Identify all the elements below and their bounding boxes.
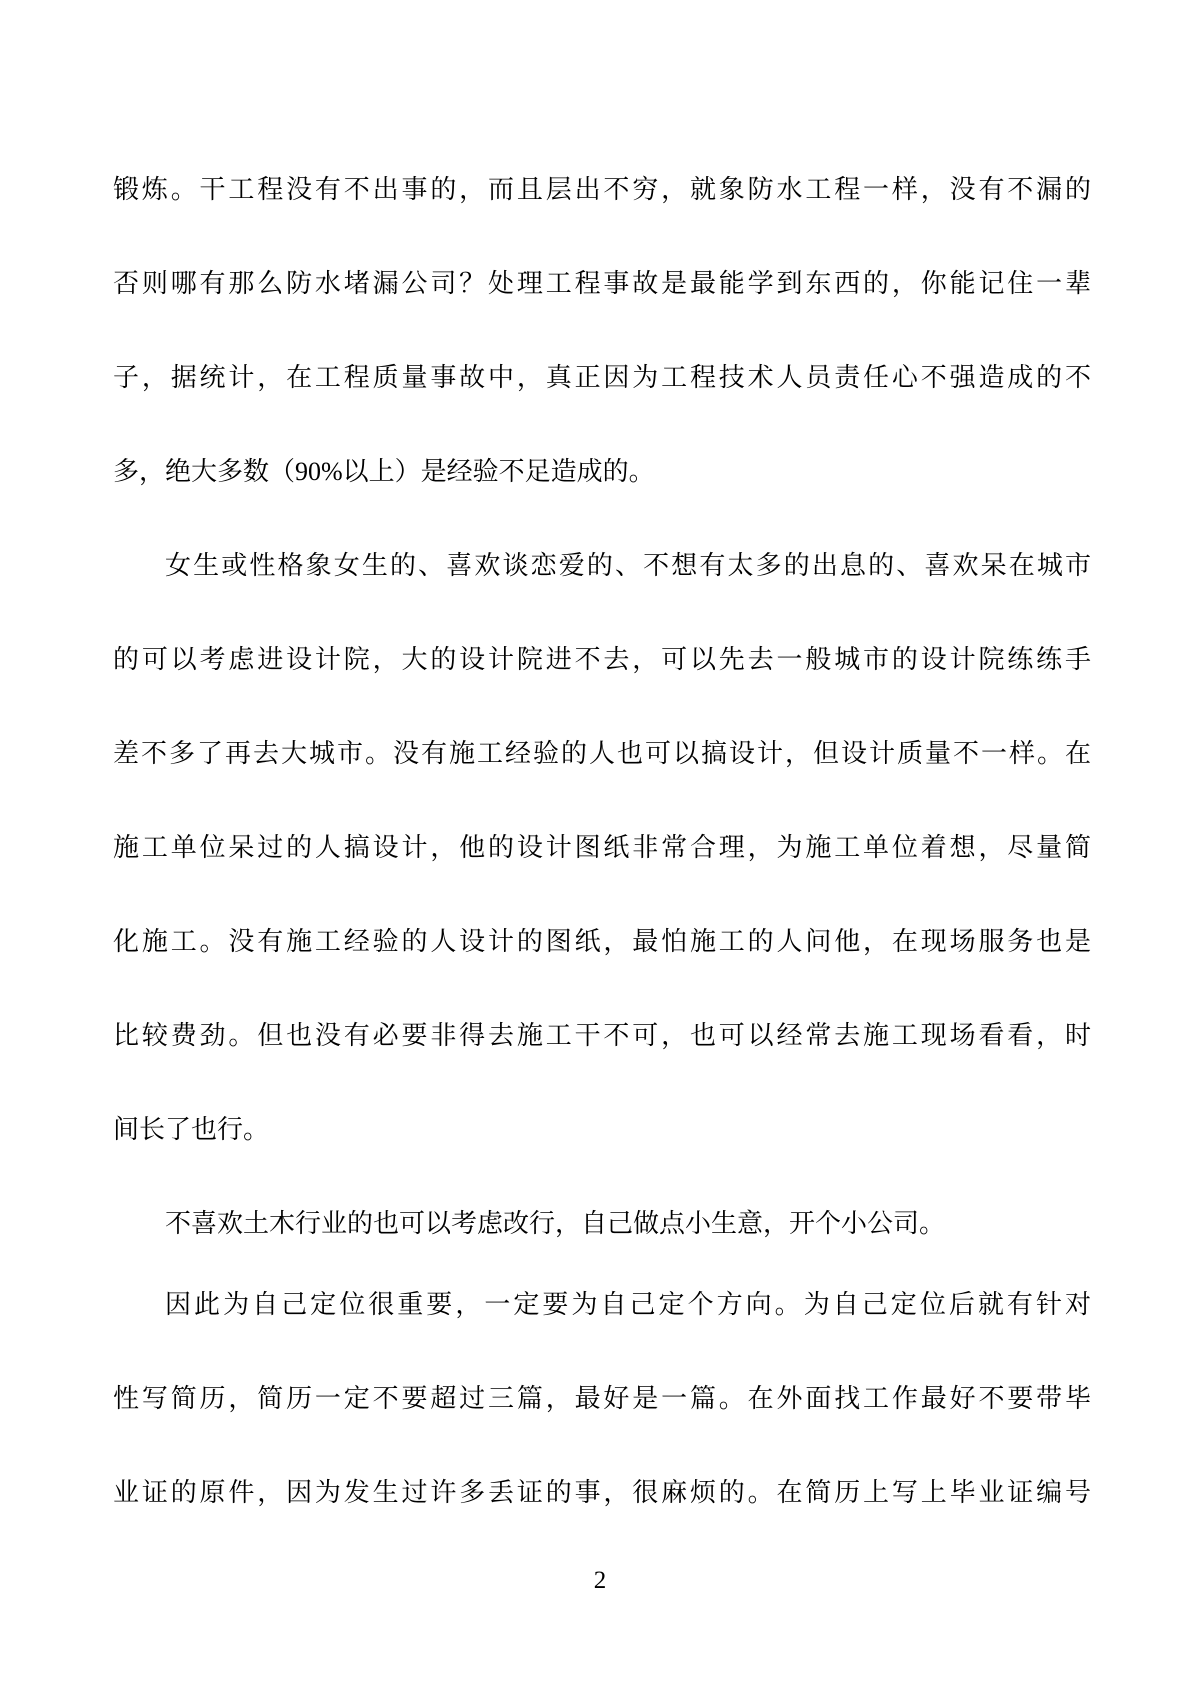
text-line: 不喜欢土木行业的也可以考虑改行，自己做点小生意，开个小公司。	[113, 1177, 1091, 1271]
text-line: 子，据统计，在工程质量事故中，真正因为工程技术人员责任心不强造成的不	[113, 331, 1091, 425]
text-line: 化施工。没有施工经验的人设计的图纸，最怕施工的人问他，在现场服务也是	[113, 895, 1091, 989]
text-line: 间长了也行。	[113, 1083, 1091, 1177]
text-line: 锻炼。干工程没有不出事的，而且层出不穷，就象防水工程一样，没有不漏的	[113, 143, 1091, 237]
text-line: 因此为自己定位很重要，一定要为自己定个方向。为自己定位后就有针对	[113, 1258, 1091, 1352]
text-line: 否则哪有那么防水堵漏公司？处理工程事故是最能学到东西的，你能记住一辈	[113, 237, 1091, 331]
paragraph: 因此为自己定位很重要，一定要为自己定个方向。为自己定位后就有针对性写简历，简历一…	[113, 1258, 1091, 1540]
paragraph: 不喜欢土木行业的也可以考虑改行，自己做点小生意，开个小公司。	[113, 1177, 1091, 1271]
text-line: 多，绝大多数（90%以上）是经验不足造成的。	[113, 425, 1091, 519]
paragraph: 女生或性格象女生的、喜欢谈恋爱的、不想有太多的出息的、喜欢呆在城市的可以考虑进设…	[113, 519, 1091, 1177]
paragraph: 锻炼。干工程没有不出事的，而且层出不穷，就象防水工程一样，没有不漏的否则哪有那么…	[113, 143, 1091, 519]
document-page: 锻炼。干工程没有不出事的，而且层出不穷，就象防水工程一样，没有不漏的否则哪有那么…	[0, 0, 1200, 1697]
text-line: 业证的原件，因为发生过许多丢证的事，很麻烦的。在简历上写上毕业证编号	[113, 1446, 1091, 1540]
text-line: 的可以考虑进设计院，大的设计院进不去，可以先去一般城市的设计院练练手	[113, 613, 1091, 707]
text-line: 比较费劲。但也没有必要非得去施工干不可，也可以经常去施工现场看看，时	[113, 989, 1091, 1083]
text-line: 性写简历，简历一定不要超过三篇，最好是一篇。在外面找工作最好不要带毕	[113, 1352, 1091, 1446]
text-line: 施工单位呆过的人搞设计，他的设计图纸非常合理，为施工单位着想，尽量简	[113, 801, 1091, 895]
text-line: 差不多了再去大城市。没有施工经验的人也可以搞设计，但设计质量不一样。在	[113, 707, 1091, 801]
page-footer: 2	[0, 1566, 1200, 1596]
text-line: 女生或性格象女生的、喜欢谈恋爱的、不想有太多的出息的、喜欢呆在城市	[113, 519, 1091, 613]
document-body: 锻炼。干工程没有不出事的，而且层出不穷，就象防水工程一样，没有不漏的否则哪有那么…	[113, 0, 1091, 1540]
page-number: 2	[594, 1567, 607, 1594]
